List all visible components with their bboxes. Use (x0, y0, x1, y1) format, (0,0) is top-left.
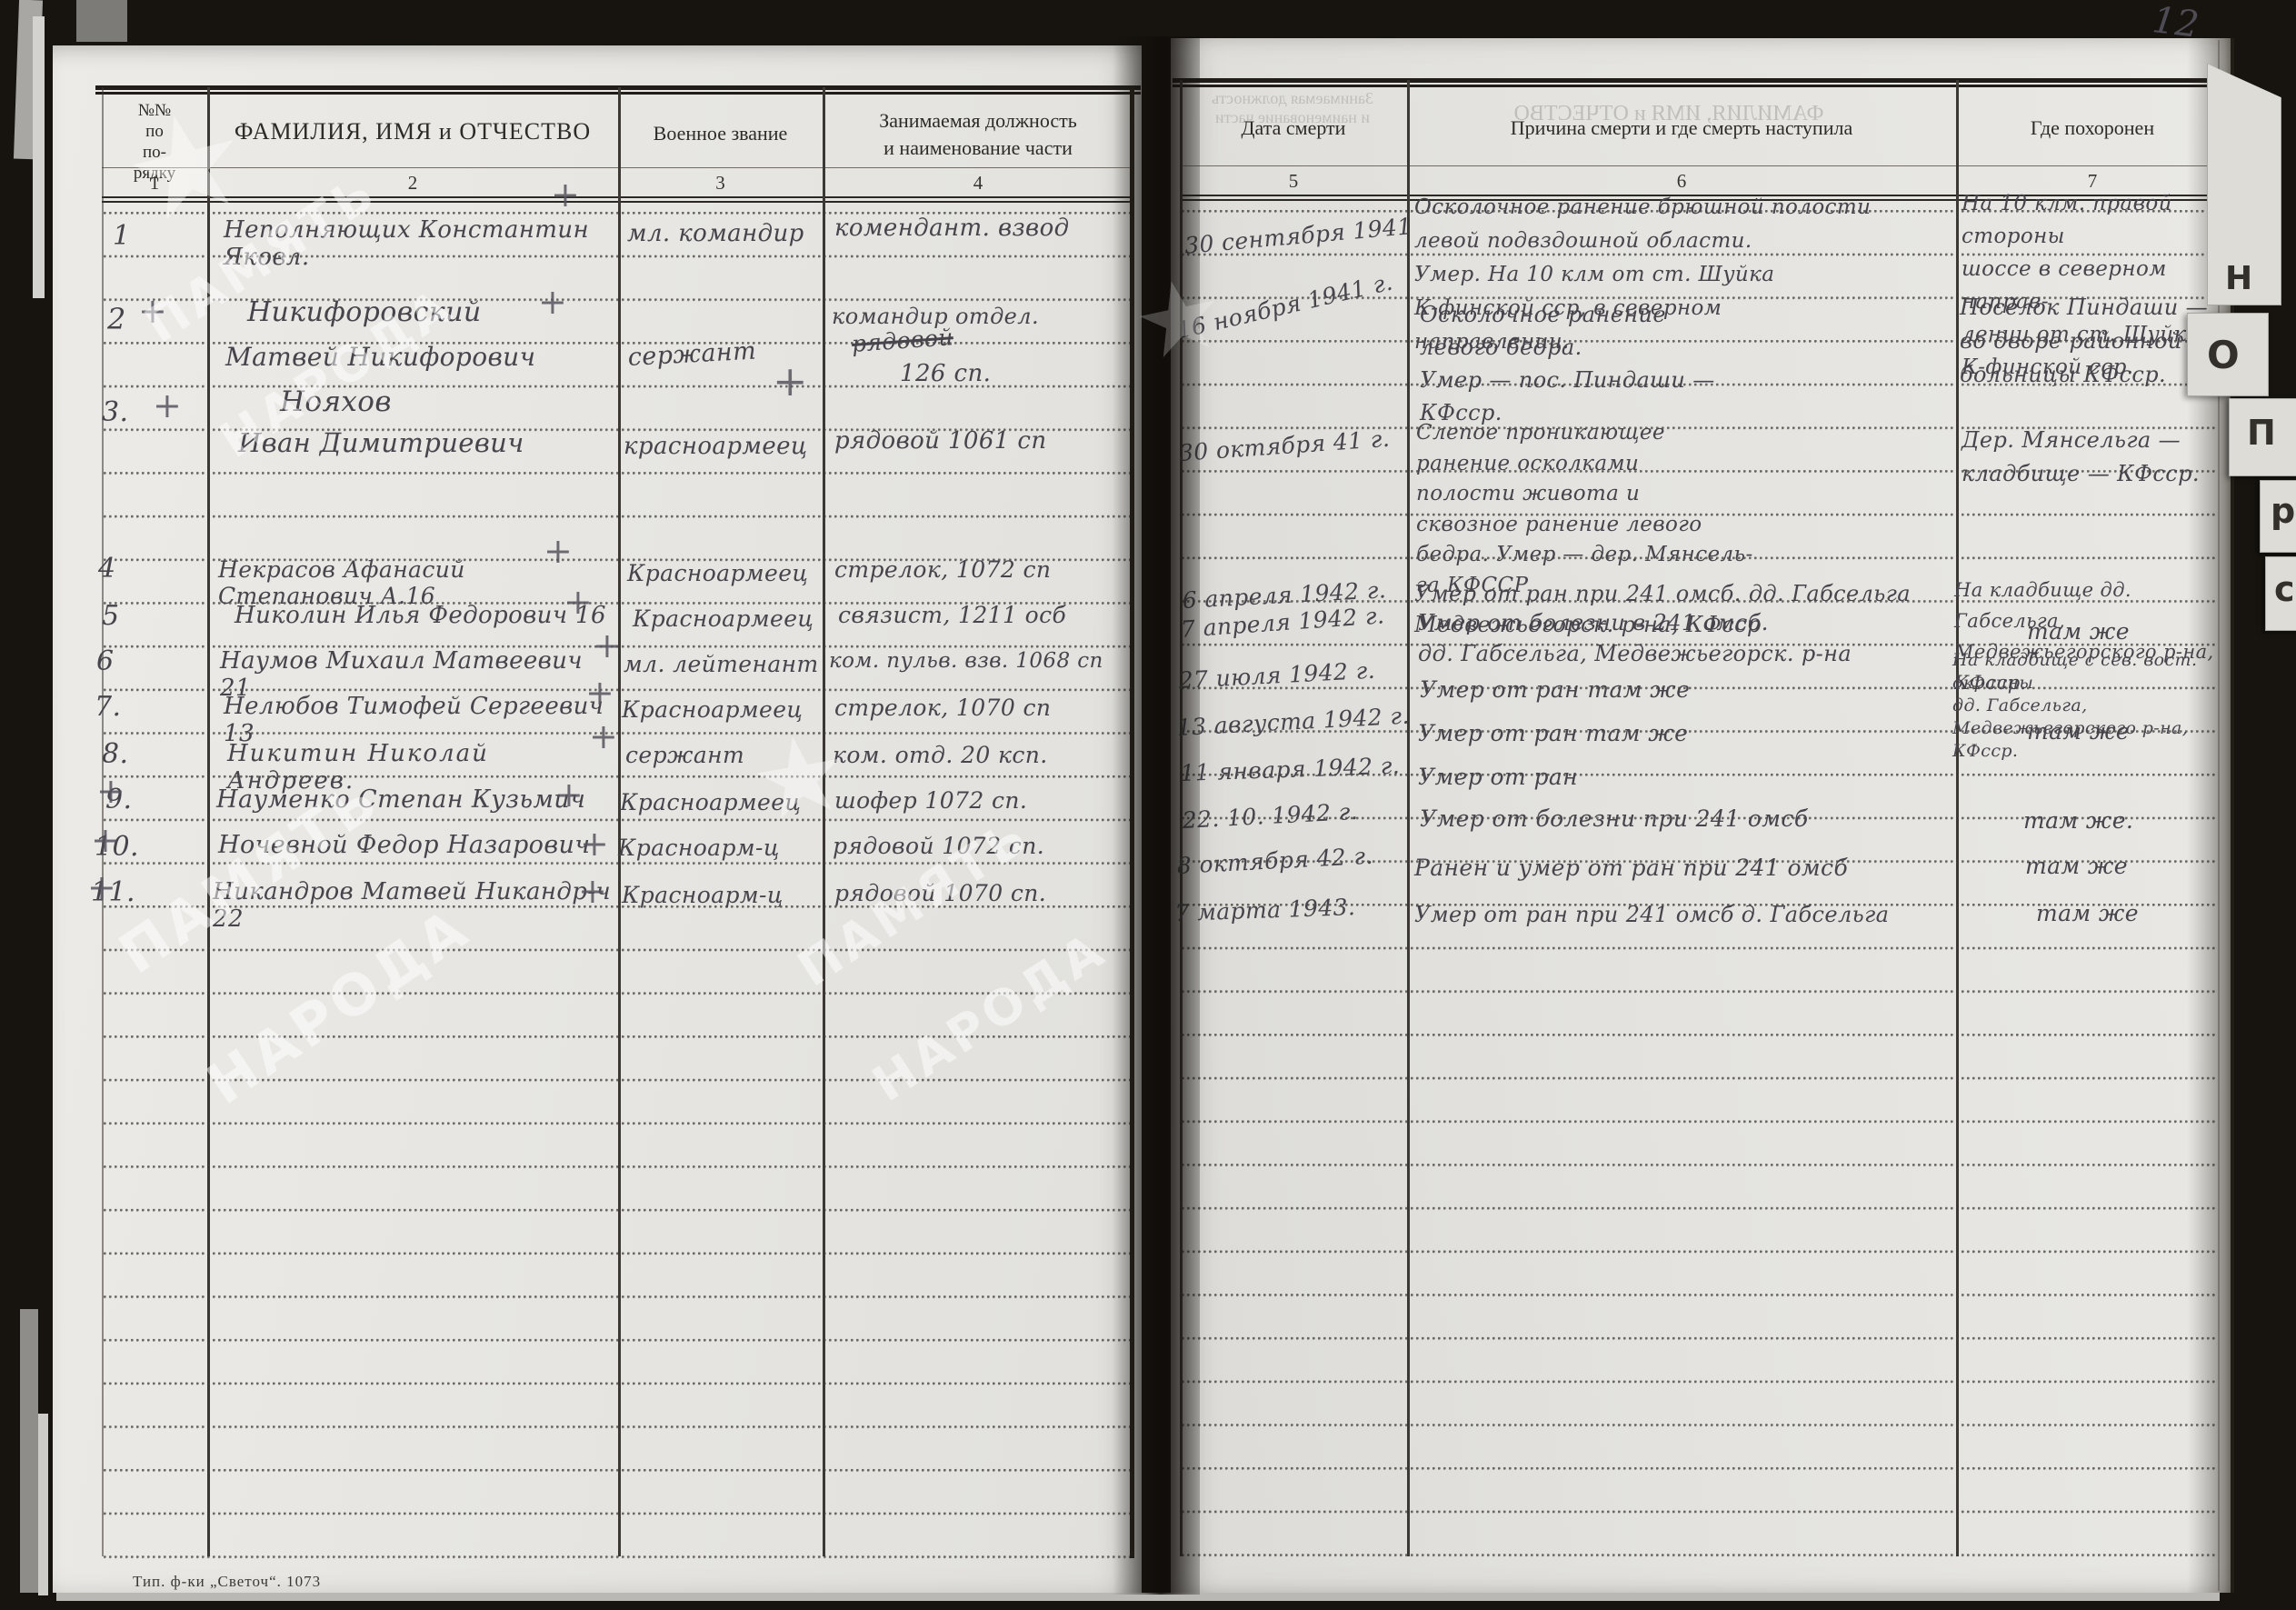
cross-mark: + (589, 716, 618, 756)
entry-number: 7. (95, 691, 121, 723)
entry-number: 3. (102, 396, 128, 428)
cross-mark: + (544, 531, 573, 571)
entry-position: комендант. взвод (834, 215, 1070, 242)
cross-mark: + (96, 771, 125, 811)
column-line (618, 87, 621, 1556)
col-header-rank: Военное звание (618, 122, 823, 145)
bleedthrough-ghost: Занимаемая должность и наименование част… (1183, 89, 1402, 127)
header-separator-right (1180, 165, 2225, 166)
entry-position: шофер 1072 сп. (834, 787, 1027, 814)
entry-position: стрелок, 1072 сп (834, 556, 1051, 583)
header-separator-left (102, 167, 1133, 168)
entry-death-cause: Умер от болезни при 241 омсб (1420, 805, 1808, 832)
col-number-4: 4 (823, 172, 1133, 195)
entry-rank: Красноармеец (627, 560, 808, 586)
cross-mark: + (551, 175, 580, 215)
entry-death-cause: Умер от болезни в 241 омсб. дд. Габсельг… (1418, 607, 1956, 669)
paper-edge-sliver (33, 16, 45, 298)
cross-mark: + (138, 291, 167, 331)
bleedthrough-ghost: ФАМИЛИЯ, ИМЯ и ОТЧЕСТВО (1414, 102, 1923, 126)
entry-rank: Красноармеец (622, 696, 803, 723)
table-top-rule-right (1173, 78, 2231, 87)
entry-name: Нелюбов Тимофей Сергеевич 13 (224, 693, 624, 747)
col-number-5: 5 (1180, 170, 1407, 193)
entry-death-cause: Осколочное ранение левого бедра. Умер — … (1420, 298, 1947, 429)
cross-mark: + (585, 673, 614, 713)
entry-name: Никифоровский (247, 296, 482, 328)
entry-death-cause: Умер от ран при 241 омсб д. Габсельга (1414, 902, 1889, 927)
entry-rank: Красноарм-ц (618, 835, 780, 861)
entry-name-line2: Матвей Никифорович (225, 342, 535, 372)
entry-number: 1 (113, 220, 131, 252)
entry-name-line2: Иван Димитриевич (238, 427, 524, 458)
entry-burial: там же. (2023, 807, 2133, 834)
cross-mark: + (153, 385, 182, 425)
column-line (823, 87, 825, 1556)
column-line (1407, 80, 1410, 1556)
col-header-position: Занимаемая должность и наименование част… (823, 107, 1133, 162)
col-number-6: 6 (1407, 170, 1956, 193)
entry-rank: Красноармеец (620, 789, 801, 815)
entry-burial: там же (2027, 718, 2130, 745)
entry-rank: мл. командир (627, 220, 804, 247)
entry-burial: там же (2036, 900, 2139, 926)
entry-death-cause: Ранен и умер от ран при 241 омсб (1414, 855, 1848, 881)
entry-rank: сержант (625, 742, 744, 768)
entry-number: 8. (102, 738, 128, 770)
register-scan: №№ по по- рядку ФАМИЛИЯ, ИМЯ и ОТЧЕСТВО … (0, 0, 2296, 1610)
entry-name: Неполняющих Константин Яковл. (224, 216, 624, 271)
printer-imprint: Тип. ф-ки „Светоч“. 1073 (133, 1573, 321, 1591)
paper-edge-sliver (76, 0, 127, 42)
entry-position: рядовой 1061 сп (834, 427, 1047, 455)
cross-mark: + (538, 282, 567, 322)
entry-name: Никандров Матвей Никандр-ч 22 (213, 878, 622, 933)
entry-number: 5 (102, 600, 120, 632)
entry-rank: Красноарм-ц (622, 882, 784, 908)
entry-death-cause: Умер от ран (1418, 764, 1578, 790)
entry-position: рядовой 1070 сп. (834, 880, 1046, 906)
col-number-3: 3 (618, 172, 823, 195)
column-line (1956, 80, 1959, 1556)
cross-mark: + (593, 625, 622, 665)
entry-rank: мл. лейтенант (624, 651, 819, 677)
entry-position: ком. пульв. взв. 1068 сп (829, 649, 1103, 673)
cross-mark: + (578, 871, 607, 911)
entry-position: ком. отд. 20 ксп. (833, 742, 1048, 768)
entry-rank: Красноармеец (633, 605, 814, 632)
entry-position: рядовой 1072 сп. (833, 833, 1044, 859)
col-header-name: ФАМИЛИЯ, ИМЯ и ОТЧЕСТВО (207, 118, 618, 145)
tab-letter-n[interactable]: Н (2225, 260, 2252, 297)
header-bottom-rule-left (102, 196, 1133, 203)
entry-name: Ночевной Федор Назарович (218, 831, 618, 859)
entry-rank: красноармеец (624, 433, 807, 460)
cross-mark: + (580, 824, 609, 864)
tab-letter-r[interactable]: р (2271, 491, 2295, 531)
tab-letter-s[interactable]: с (2274, 569, 2295, 609)
entry-burial: там же (2025, 853, 2128, 879)
tab-letter-p[interactable]: П (2247, 413, 2276, 453)
column-line (207, 87, 210, 1556)
entry-number: 6 (96, 645, 115, 677)
entry-position: связист, 1211 осб (838, 602, 1066, 628)
cross-mark: + (564, 582, 593, 622)
entry-burial: там же (2027, 618, 2130, 645)
entry-position-line2: 126 сп. (900, 360, 991, 387)
tab-letter-o[interactable]: О (2207, 333, 2240, 377)
entry-position: стрелок, 1070 сп (834, 695, 1051, 721)
entry-number: 4 (98, 553, 116, 585)
cross-mark: + (773, 356, 808, 405)
entry-death-cause: Слепое проникающее ранение осколками пол… (1416, 418, 1943, 601)
cross-mark: + (91, 820, 120, 860)
binding-shadow (1113, 36, 1200, 1595)
paper-edge-sliver (38, 1414, 48, 1595)
entry-name: Нояхов (280, 385, 392, 418)
cross-mark: + (87, 867, 116, 907)
entry-death-cause: Умер от ран там же (1420, 676, 1690, 703)
col-number-1: 1 (102, 172, 207, 195)
cross-mark: + (554, 775, 584, 815)
paper-edge-sliver (20, 1309, 38, 1593)
entry-death-cause: Умер от ран там же (1418, 720, 1688, 746)
entry-number: 2 (107, 302, 126, 336)
